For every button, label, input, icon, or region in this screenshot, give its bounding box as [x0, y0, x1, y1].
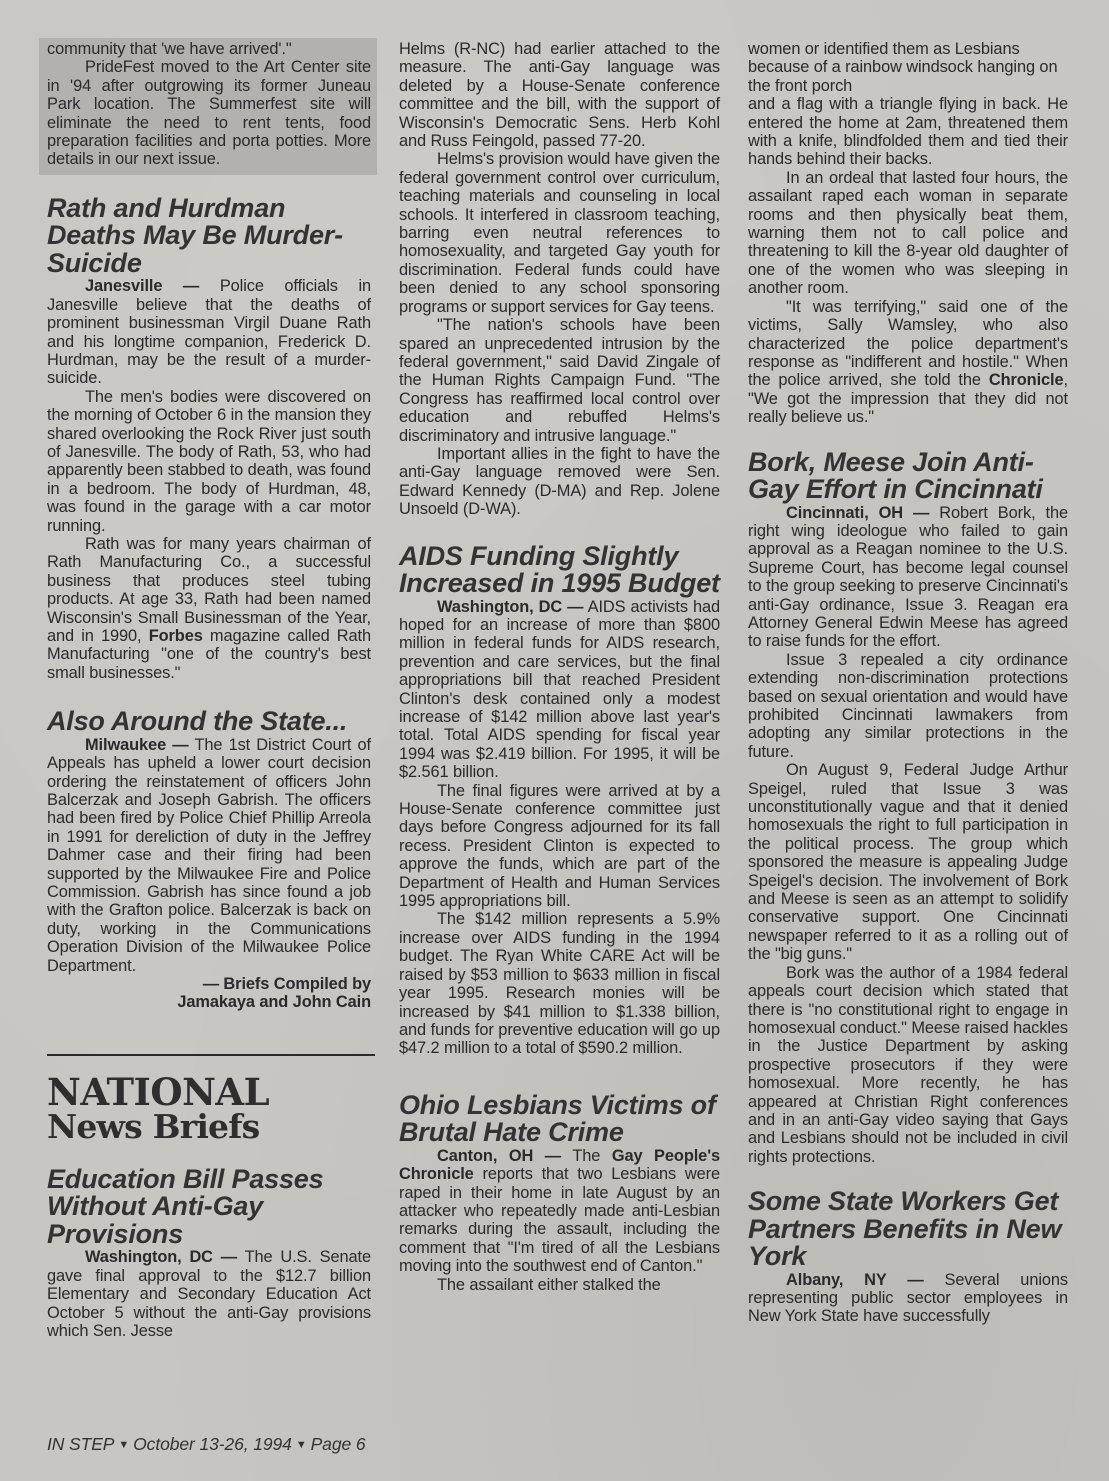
rath-dateline: Janesville — — [85, 277, 199, 295]
rath-paragraph-3: Rath was for many years chairman of Rath… — [47, 535, 371, 682]
section-title: NATIONAL — [47, 1074, 371, 1110]
column-2: Helms (R-NC) had earlier attached to the… — [399, 40, 720, 1294]
ohio-paragraph-2-cont-b: and a flag with a triangle flying in bac… — [748, 95, 1068, 169]
section-subtitle: News Briefs — [47, 1110, 371, 1144]
pridefest-brief: community that 'we have arrived'." Pride… — [39, 38, 377, 175]
aids-paragraph-2: The final figures were arrived at by a H… — [399, 782, 720, 911]
pridefest-paragraph: PrideFest moved to the Art Center site i… — [47, 58, 371, 168]
ohio-paragraph-2-cont-a: women or identified them as Lesbians bec… — [748, 40, 1068, 95]
page-number: Page 6 — [311, 1434, 366, 1454]
triangle-down-icon: ▼ — [118, 1439, 129, 1451]
issue-date: October 13-26, 1994 — [133, 1434, 292, 1454]
education-paragraph-3: "The nation's schools have been spared a… — [399, 316, 720, 445]
section-divider — [47, 1054, 375, 1056]
bork-paragraph-4: Bork was the author of a 1984 federal ap… — [748, 964, 1068, 1166]
triangle-down-icon: ▼ — [296, 1439, 307, 1451]
page-footer: IN STEP▼October 13-26, 1994▼Page 6 — [47, 1434, 365, 1455]
aids-dateline: Washington, DC — — [437, 598, 583, 616]
ohio-paragraph-2-start: The assailant either stalked the — [399, 1276, 720, 1294]
pridefest-lead-fragment: community that 'we have arrived'." — [47, 40, 371, 58]
newspaper-page: community that 'we have arrived'." Pride… — [0, 0, 1109, 1481]
chronicle-bold: Chronicle — [989, 371, 1064, 389]
state-headline: Also Around the State... — [47, 708, 371, 736]
education-paragraph-1-cont: Helms (R-NC) had earlier attached to the… — [399, 40, 720, 150]
bork-paragraph-2: Issue 3 repealed a city ordinance extend… — [748, 651, 1068, 761]
column-3: women or identified them as Lesbians bec… — [748, 40, 1068, 1326]
state-dateline: Milwaukee — — [85, 736, 189, 754]
credit-line-1: — Briefs Compiled by — [47, 975, 371, 993]
education-paragraph-2: Helms's provision would have given the f… — [399, 150, 720, 316]
education-paragraph-1: Washington, DC — The U.S. Senate gave fi… — [47, 1248, 371, 1340]
ohio-paragraph-4: "It was terrifying," said one of the vic… — [748, 298, 1068, 427]
education-headline: Education Bill Passes Without Anti-Gay P… — [47, 1166, 371, 1249]
rath-paragraph-1: Janesville — Police officials in Janesvi… — [47, 277, 371, 387]
publication-name: IN STEP — [47, 1434, 114, 1454]
ny-headline: Some State Workers Get Partners Benefits… — [748, 1188, 1068, 1271]
forbes-bold: Forbes — [149, 627, 203, 645]
state-paragraph: Milwaukee — The 1st District Court of Ap… — [47, 736, 371, 975]
aids-paragraph-1: Washington, DC — AIDS activists had hope… — [399, 598, 720, 782]
rath-headline: Rath and Hurdman Deaths May Be Murder-Su… — [47, 195, 371, 278]
bork-paragraph-3: On August 9, Federal Judge Arthur Speige… — [748, 761, 1068, 963]
bork-headline: Bork, Meese Join Anti-Gay Effort in Cinc… — [748, 449, 1068, 504]
ohio-paragraph-3: In an ordeal that lasted four hours, the… — [748, 169, 1068, 298]
bork-paragraph-1: Cincinnati, OH — Robert Bork, the right … — [748, 504, 1068, 651]
column-1: community that 'we have arrived'." Pride… — [47, 40, 371, 1340]
aids-paragraph-3: The $142 million represents a 5.9% incre… — [399, 910, 720, 1057]
aids-headline: AIDS Funding Slightly Increased in 1995 … — [399, 543, 720, 598]
rath-paragraph-2: The men's bodies were discovered on the … — [47, 388, 371, 535]
credit-line-2: Jamakaya and John Cain — [47, 993, 371, 1011]
ny-paragraph-1: Albany, NY — Several unions representing… — [748, 1271, 1068, 1326]
bork-dateline: Cincinnati, OH — — [786, 504, 929, 522]
education-dateline: Washington, DC — — [85, 1248, 237, 1266]
ny-dateline: Albany, NY — — [786, 1271, 924, 1289]
ohio-dateline: Canton, OH — — [437, 1147, 561, 1165]
education-paragraph-4: Important allies in the fight to have th… — [399, 445, 720, 519]
ohio-headline: Ohio Lesbians Victims of Brutal Hate Cri… — [399, 1092, 720, 1147]
ohio-paragraph-1: Canton, OH — The Gay People's Chronicle … — [399, 1147, 720, 1276]
